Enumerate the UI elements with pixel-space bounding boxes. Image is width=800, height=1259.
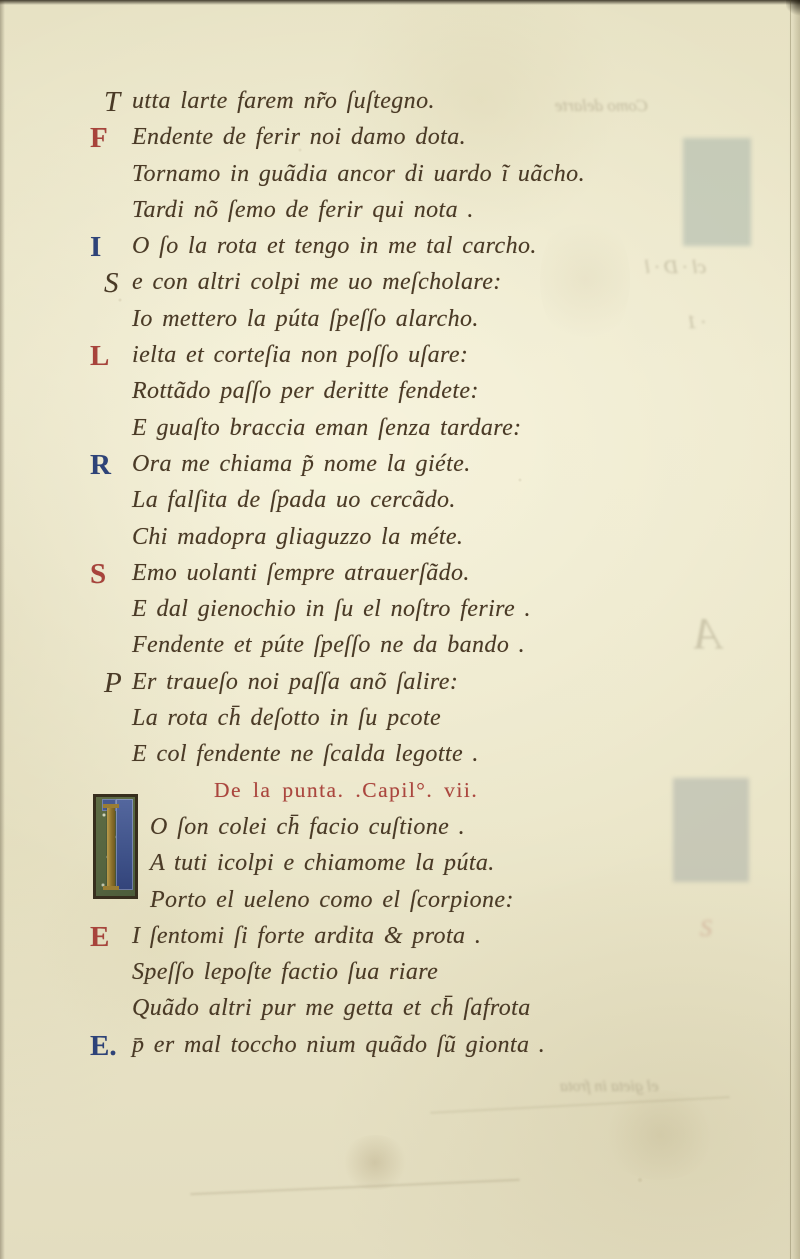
margin-initial: S <box>104 267 119 300</box>
chapter-rubric: De la punta. .Capil°. vii. <box>88 778 738 814</box>
verse-line: Fendente et púte ſpeſſo ne da bando . <box>88 632 738 668</box>
verse-line: O ſon colei ch̄ facio cuſtione . <box>88 814 738 850</box>
verse-line: E col fendente ne ſcalda legotte . <box>88 741 738 777</box>
verse-line: Chi madopra gliaguzzo la méte. <box>88 524 738 560</box>
verse-text: O ſo la rota et tengo in me tal carcho. <box>132 233 537 259</box>
margin-initial: I <box>90 231 101 264</box>
verse-line: Tardi nõ ſemo de ferir qui nota . <box>88 197 738 233</box>
verse-text: O ſon colei ch̄ facio cuſtione . <box>150 814 465 840</box>
verse-line: FEndente de ferir noi damo dota. <box>88 124 738 160</box>
verse-line: E.p̄ er mal toccho nium quãdo ſũ gionta … <box>88 1032 738 1068</box>
verse-text: La falſita de ſpada uo cercãdo. <box>132 487 456 513</box>
verse-text: Endente de ferir noi damo dota. <box>132 124 466 150</box>
verse-line: Rottãdo paſſo per deritte fendete: <box>88 378 738 414</box>
verse-text: Tornamo in guãdia ancor di uardo ĩ uãcho… <box>132 161 585 187</box>
verse-line: E guaſto braccia eman ſenza tardare: <box>88 415 738 451</box>
verse-text: Rottãdo paſſo per deritte fendete: <box>132 378 479 404</box>
verse-line: Speſſo lepoſte factio ſua riare <box>88 959 738 995</box>
verse-line: Tutta larte farem nr̃o ſuſtegno. <box>88 88 738 124</box>
verse-text: Er traueſo noi paſſa anõ ſalire: <box>132 669 458 695</box>
verse-text: Io mettero la púta ſpeſſo alarcho. <box>132 306 479 332</box>
verse-line: Tornamo in guãdia ancor di uardo ĩ uãcho… <box>88 161 738 197</box>
verse-line: PEr traueſo noi paſſa anõ ſalire: <box>88 669 738 705</box>
verse-line: ROra me chiama p̃ nome la giéte. <box>88 451 738 487</box>
verse-text: La rota ch̄ deſotto in ſu pcote <box>132 705 441 731</box>
page-edge-line <box>790 0 791 1259</box>
verse-text: E guaſto braccia eman ſenza tardare: <box>132 415 522 441</box>
verse-text: Porto el ueleno como el ſcorpione: <box>150 887 514 913</box>
margin-initial: E. <box>90 1030 117 1063</box>
rubric-text: De la punta. .Capil°. vii. <box>214 778 478 802</box>
margin-initial: E <box>90 921 109 954</box>
verse-text: Ora me chiama p̃ nome la giéte. <box>132 451 471 477</box>
manuscript-page: Como delarte cl · D · l · 1 A S el gieta… <box>0 0 800 1259</box>
margin-initial: L <box>90 340 109 373</box>
verse-line: E dal gienochio in ſu el noſtro ferire . <box>88 596 738 632</box>
verse-text: E dal gienochio in ſu el noſtro ferire . <box>132 596 531 622</box>
verse-line: Quãdo altri pur me getta et ch̄ ſafrota <box>88 995 738 1031</box>
stain <box>340 1135 410 1190</box>
page-edge-left <box>0 0 5 1259</box>
verse-text: Quãdo altri pur me getta et ch̄ ſafrota <box>132 995 531 1021</box>
margin-initial: F <box>90 122 108 155</box>
verse-line: La rota ch̄ deſotto in ſu pcote <box>88 705 738 741</box>
verse-text: Speſſo lepoſte factio ſua riare <box>132 959 438 985</box>
verse-text: Tardi nõ ſemo de ferir qui nota . <box>132 197 474 223</box>
margin-initial: P <box>104 667 122 700</box>
margin-initial: T <box>104 86 120 119</box>
verse-line: A tuti icolpi e chiamome la púta. <box>88 850 738 886</box>
verse-line: Lielta et corteſia non poſſo uſare: <box>88 342 738 378</box>
margin-initial: R <box>90 449 111 482</box>
verse-text: I ſentomi ſi forte ardita & prota . <box>132 923 481 949</box>
verse-line: Se con altri colpi me uo meſcholare: <box>88 269 738 305</box>
verse-text: Chi madopra gliaguzzo la méte. <box>132 524 463 550</box>
verse-line: EI ſentomi ſi forte ardita & prota . <box>88 923 738 959</box>
verse-text: E col fendente ne ſcalda legotte . <box>132 741 479 767</box>
margin-initial: S <box>90 558 106 591</box>
verse-line: IO ſo la rota et tengo in me tal carcho. <box>88 233 738 269</box>
verse-text: p̄ er mal toccho nium quãdo ſũ gionta . <box>132 1032 545 1058</box>
verse-text: utta larte farem nr̃o ſuſtegno. <box>132 88 435 114</box>
text-block: Tutta larte farem nr̃o ſuſtegno.FEndente… <box>88 88 738 1068</box>
verse-text: A tuti icolpi e chiamome la púta. <box>150 850 495 876</box>
page-corner-shadow <box>786 0 800 16</box>
page-edge-top <box>0 0 800 5</box>
verse-line: La falſita de ſpada uo cercãdo. <box>88 487 738 523</box>
verse-text: Emo uolanti ſempre atrauerſãdo. <box>132 560 470 586</box>
verse-text: ielta et corteſia non poſſo uſare: <box>132 342 468 368</box>
verse-line: SEmo uolanti ſempre atrauerſãdo. <box>88 560 738 596</box>
verse-line: Porto el ueleno como el ſcorpione: <box>88 887 738 923</box>
verse-line: Io mettero la púta ſpeſſo alarcho. <box>88 306 738 342</box>
verse-text: Fendente et púte ſpeſſo ne da bando . <box>132 632 525 658</box>
verse-text: e con altri colpi me uo meſcholare: <box>132 269 502 295</box>
